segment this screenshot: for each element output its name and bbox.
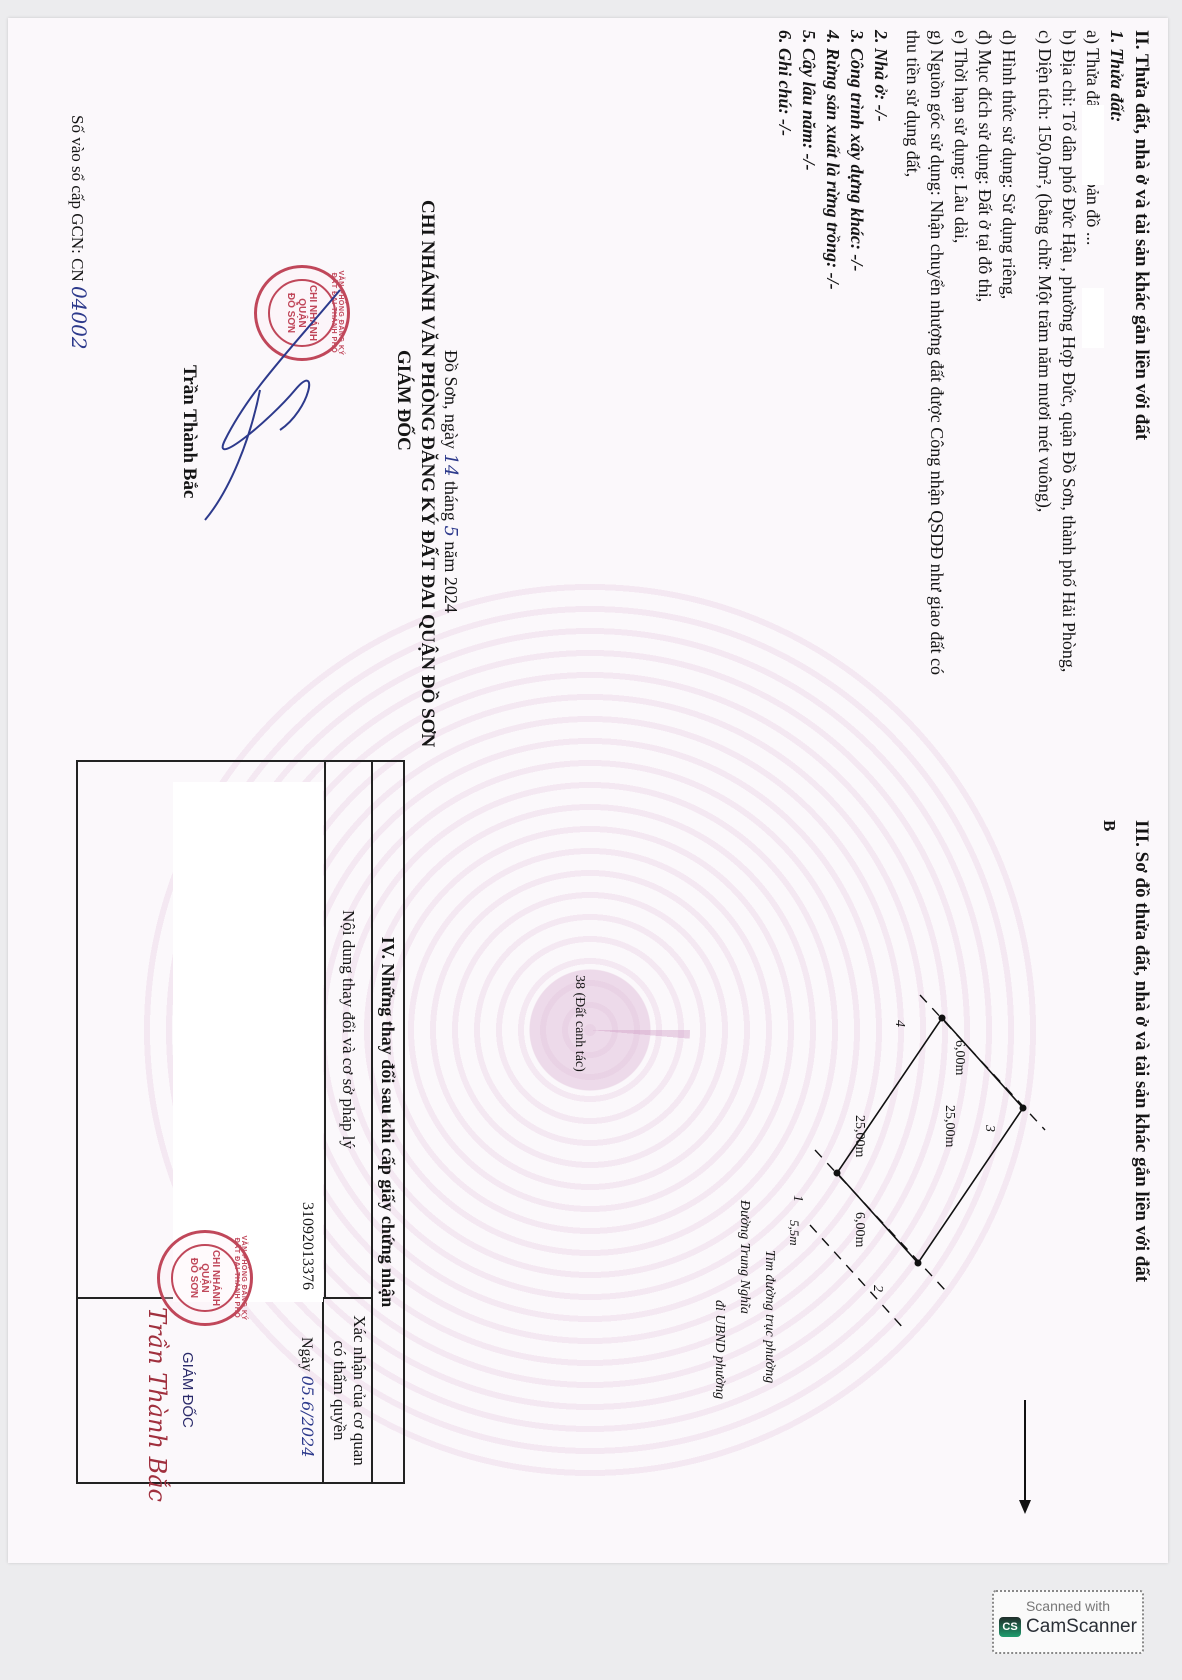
changes-col-content: Nội dung thay đổi và cơ sở pháp lý [324,762,371,1297]
parcel-subheading: 1. Thửa đất: [1106,30,1128,122]
changes-col-authority: Xác nhận của cơ quan có thẩm quyền [322,1299,371,1482]
label-point-4: 4 [888,1020,910,1027]
camscanner-logo-icon: CS [999,1617,1021,1637]
parcel-address: b) Địa chỉ: Tổ dân phố Đức Hậu , phường … [1058,30,1080,672]
usage-term: e) Thời hạn sử dụng: Lâu dài, [950,30,972,243]
changes-table: IV. Những thay đổi sau khi cấp giấy chứn… [76,760,405,1484]
official-stamp-2: VĂN PHÒNG ĐĂNG KÝ ĐẤT ĐAI THÀNH PHỐ CHI … [157,1230,253,1326]
label-point-3: 3 [978,1125,1000,1132]
road-center-label: Tim đường trục phường [758,1250,780,1383]
signing-date: Đồ Sơn, ngày 14 tháng 5 năm 2024 [439,350,462,613]
issuing-office: CHI NHÁNH VĂN PHÒNG ĐĂNG KÝ ĐẤT ĐAI QUẬN… [416,200,438,747]
label-point-2: 2 [866,1285,888,1292]
usage-purpose: đ) Mục đích sử dụng: Đất ở tại đô thị, [974,30,996,302]
redaction [1082,105,1104,185]
forest-item: 4. Rừng sản xuất là rừng trồng: -/- [822,30,844,290]
north-label: B [1098,820,1120,831]
redaction [1082,288,1104,348]
certificate-sheet: II. Thửa đất, nhà ở và tài sản khác gắn … [10,20,1160,1560]
emblem-star [490,930,690,1130]
change-record-signer: Trần Thành Bắc [146,1307,168,1502]
changes-table-heading: IV. Những thay đổi sau khi cấp giấy chứn… [371,762,403,1482]
signing-day: 14 [440,454,461,477]
parcel-area: c) Diện tích: 150,0m², (bằng chữ: Một tr… [1034,30,1056,512]
neighbor-parcel-label: 38 (Đất canh tác) [568,975,590,1072]
edge-3-4: 6,00m [948,1040,970,1075]
edge-4-1: 25,00m [848,1115,870,1157]
registry-number: Số vào sổ cấp GCN: CN 04002 [66,115,90,350]
change-record-date: Ngày 05.6/2024 [295,1337,318,1457]
change-record-code: 31092013376 [296,1202,318,1290]
usage-origin: g) Nguồn gốc sử dụng: Nhận chuyển nhượng… [926,30,948,675]
house-item: 2. Nhà ở: -/- [870,30,892,122]
usage-origin-cont: thu tiền sử dụng đất, [902,30,924,177]
offset-label: 5,5m [783,1220,805,1246]
usage-form: d) Hình thức sử dụng: Sử dụng riêng, [998,30,1020,299]
signing-month: 5 [440,525,461,536]
signer-name: Trần Thành Bắc [178,365,200,498]
parcel-sketch [720,810,1140,1550]
other-construction-item: 3. Công trình xây dựng khác: -/- [846,30,868,271]
perennial-item: 5. Cây lâu năm: -/- [798,30,820,171]
label-point-1: 1 [786,1195,808,1202]
note-item: 6. Ghi chú: -/- [774,30,796,136]
signature-icon [200,270,400,530]
section-ii-heading: II. Thửa đất, nhà ở và tài sản khác gắn … [1130,30,1152,440]
road-name-label: Đường Trung Nghĩa [733,1200,755,1314]
change-record-title: GIÁM ĐỐC [176,1352,198,1428]
edge-1-2: 6,00m [848,1212,870,1247]
edge-2-3: 25,00m [938,1105,960,1147]
camscanner-watermark: Scanned with CS CamScanner [992,1590,1144,1654]
road-direction-label: đi UBND phường [708,1300,730,1399]
